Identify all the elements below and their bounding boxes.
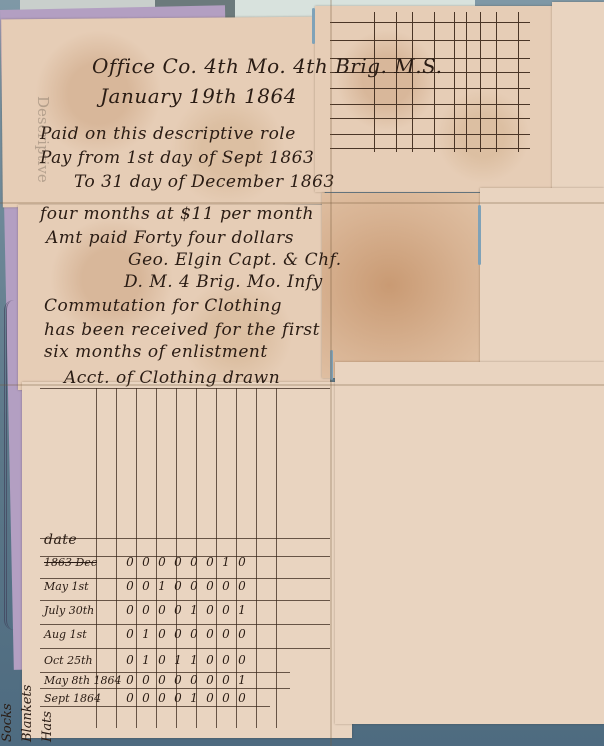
cell: 0	[218, 691, 234, 705]
cell: 0	[170, 627, 186, 641]
body-line: Pay from 1st day of Sept 1863	[40, 148, 314, 168]
cell: 0	[138, 691, 154, 705]
cell: 0	[202, 673, 218, 687]
pin-icon	[312, 8, 315, 44]
header-office: Office Co. 4th Mo. 4th Brig. M.S.	[92, 54, 442, 78]
cell: 0	[138, 555, 154, 569]
row-date: May 8th 1864	[44, 674, 122, 687]
row-date: July 30th	[44, 604, 122, 617]
column-header-hats: Hats	[40, 711, 252, 742]
cell: 0	[154, 691, 170, 705]
cell: 0	[122, 627, 138, 641]
cell: 0	[122, 653, 138, 667]
table-row: Sept 1864 0 0 0 0 1 0 0 0	[44, 688, 250, 708]
cell: 0	[186, 555, 202, 569]
ruled-grid	[330, 12, 530, 152]
cell: 0	[234, 691, 250, 705]
row-date: Sept 1864	[44, 692, 122, 705]
cell: 1	[234, 673, 250, 687]
note-line: six months of enlistment	[44, 342, 268, 362]
cell: 0	[218, 603, 234, 617]
table-row: Oct 25th 0 1 0 1 1 0 0 0	[44, 650, 250, 670]
cell: 0	[234, 653, 250, 667]
cell: 1	[186, 653, 202, 667]
cell: 0	[202, 579, 218, 593]
cell: 0	[170, 603, 186, 617]
cell: 1	[186, 603, 202, 617]
table-row: 1863 Dec 0 0 0 0 0 0 1 0	[44, 552, 250, 572]
document-panel-edge	[552, 2, 604, 192]
cell: 0	[234, 555, 250, 569]
cell: 0	[122, 673, 138, 687]
cell: 1	[186, 691, 202, 705]
table-row: May 8th 1864 0 0 0 0 0 0 0 1	[44, 670, 250, 690]
cell: 0	[202, 603, 218, 617]
cell: 0	[122, 555, 138, 569]
cell: 0	[122, 691, 138, 705]
body-line: Paid on this descriptive role	[40, 124, 296, 144]
fold-crease	[0, 202, 604, 204]
document-panel-stained	[322, 193, 490, 378]
body-line: Amt paid Forty four dollars	[46, 228, 294, 248]
cell: 0	[154, 653, 170, 667]
body-line: four months at $11 per month	[40, 204, 314, 224]
cell: 1	[154, 579, 170, 593]
table-row: July 30th 0 0 0 0 1 0 0 1	[44, 600, 250, 620]
cell: 0	[154, 673, 170, 687]
cell: 0	[218, 579, 234, 593]
fold-crease	[330, 0, 332, 746]
cell: 0	[202, 627, 218, 641]
document-panel-mid-right	[480, 188, 604, 364]
cell: 0	[154, 627, 170, 641]
cell: 0	[218, 627, 234, 641]
date-header: date	[44, 532, 77, 548]
cell: 0	[170, 673, 186, 687]
cell: 0	[186, 579, 202, 593]
row-date: Aug 1st	[44, 628, 122, 641]
cell: 0	[122, 603, 138, 617]
pin-icon	[478, 205, 481, 265]
signature-line: Geo. Elgin Capt. & Chf.	[128, 250, 342, 270]
cell: 0	[138, 603, 154, 617]
cell: 0	[234, 579, 250, 593]
header-date: January 19th 1864	[100, 84, 297, 108]
cell: 0	[138, 579, 154, 593]
cell: 0	[170, 579, 186, 593]
cell: 1	[170, 653, 186, 667]
cell: 0	[170, 555, 186, 569]
cell: 1	[138, 627, 154, 641]
table-row: Aug 1st 0 1 0 0 0 0 0 0	[44, 624, 250, 644]
cell: 1	[218, 555, 234, 569]
row-date: Oct 25th	[44, 654, 122, 667]
row-date: May 1st	[44, 580, 122, 593]
cell: 1	[138, 653, 154, 667]
table-row: May 1st 0 0 1 0 0 0 0 0	[44, 576, 250, 596]
cell: 1	[234, 603, 250, 617]
cell: 0	[202, 555, 218, 569]
cell: 0	[202, 653, 218, 667]
cell: 0	[218, 673, 234, 687]
cell: 0	[122, 579, 138, 593]
note-line: Commutation for Clothing	[44, 296, 282, 316]
cell: 0	[138, 673, 154, 687]
cell: 0	[186, 627, 202, 641]
row-date: 1863 Dec	[44, 556, 122, 569]
fold-crease	[0, 384, 604, 386]
body-line: To 31 day of December 1863	[74, 172, 335, 192]
document-panel-bottom-right	[335, 362, 604, 724]
signature-line: D. M. 4 Brig. Mo. Infy	[124, 272, 323, 292]
note-line: has been received for the first	[44, 320, 320, 340]
cell: 0	[170, 691, 186, 705]
cell: 0	[186, 673, 202, 687]
cell: 0	[234, 627, 250, 641]
cell: 0	[202, 691, 218, 705]
cell: 0	[154, 555, 170, 569]
cell: 0	[154, 603, 170, 617]
cell: 0	[218, 653, 234, 667]
